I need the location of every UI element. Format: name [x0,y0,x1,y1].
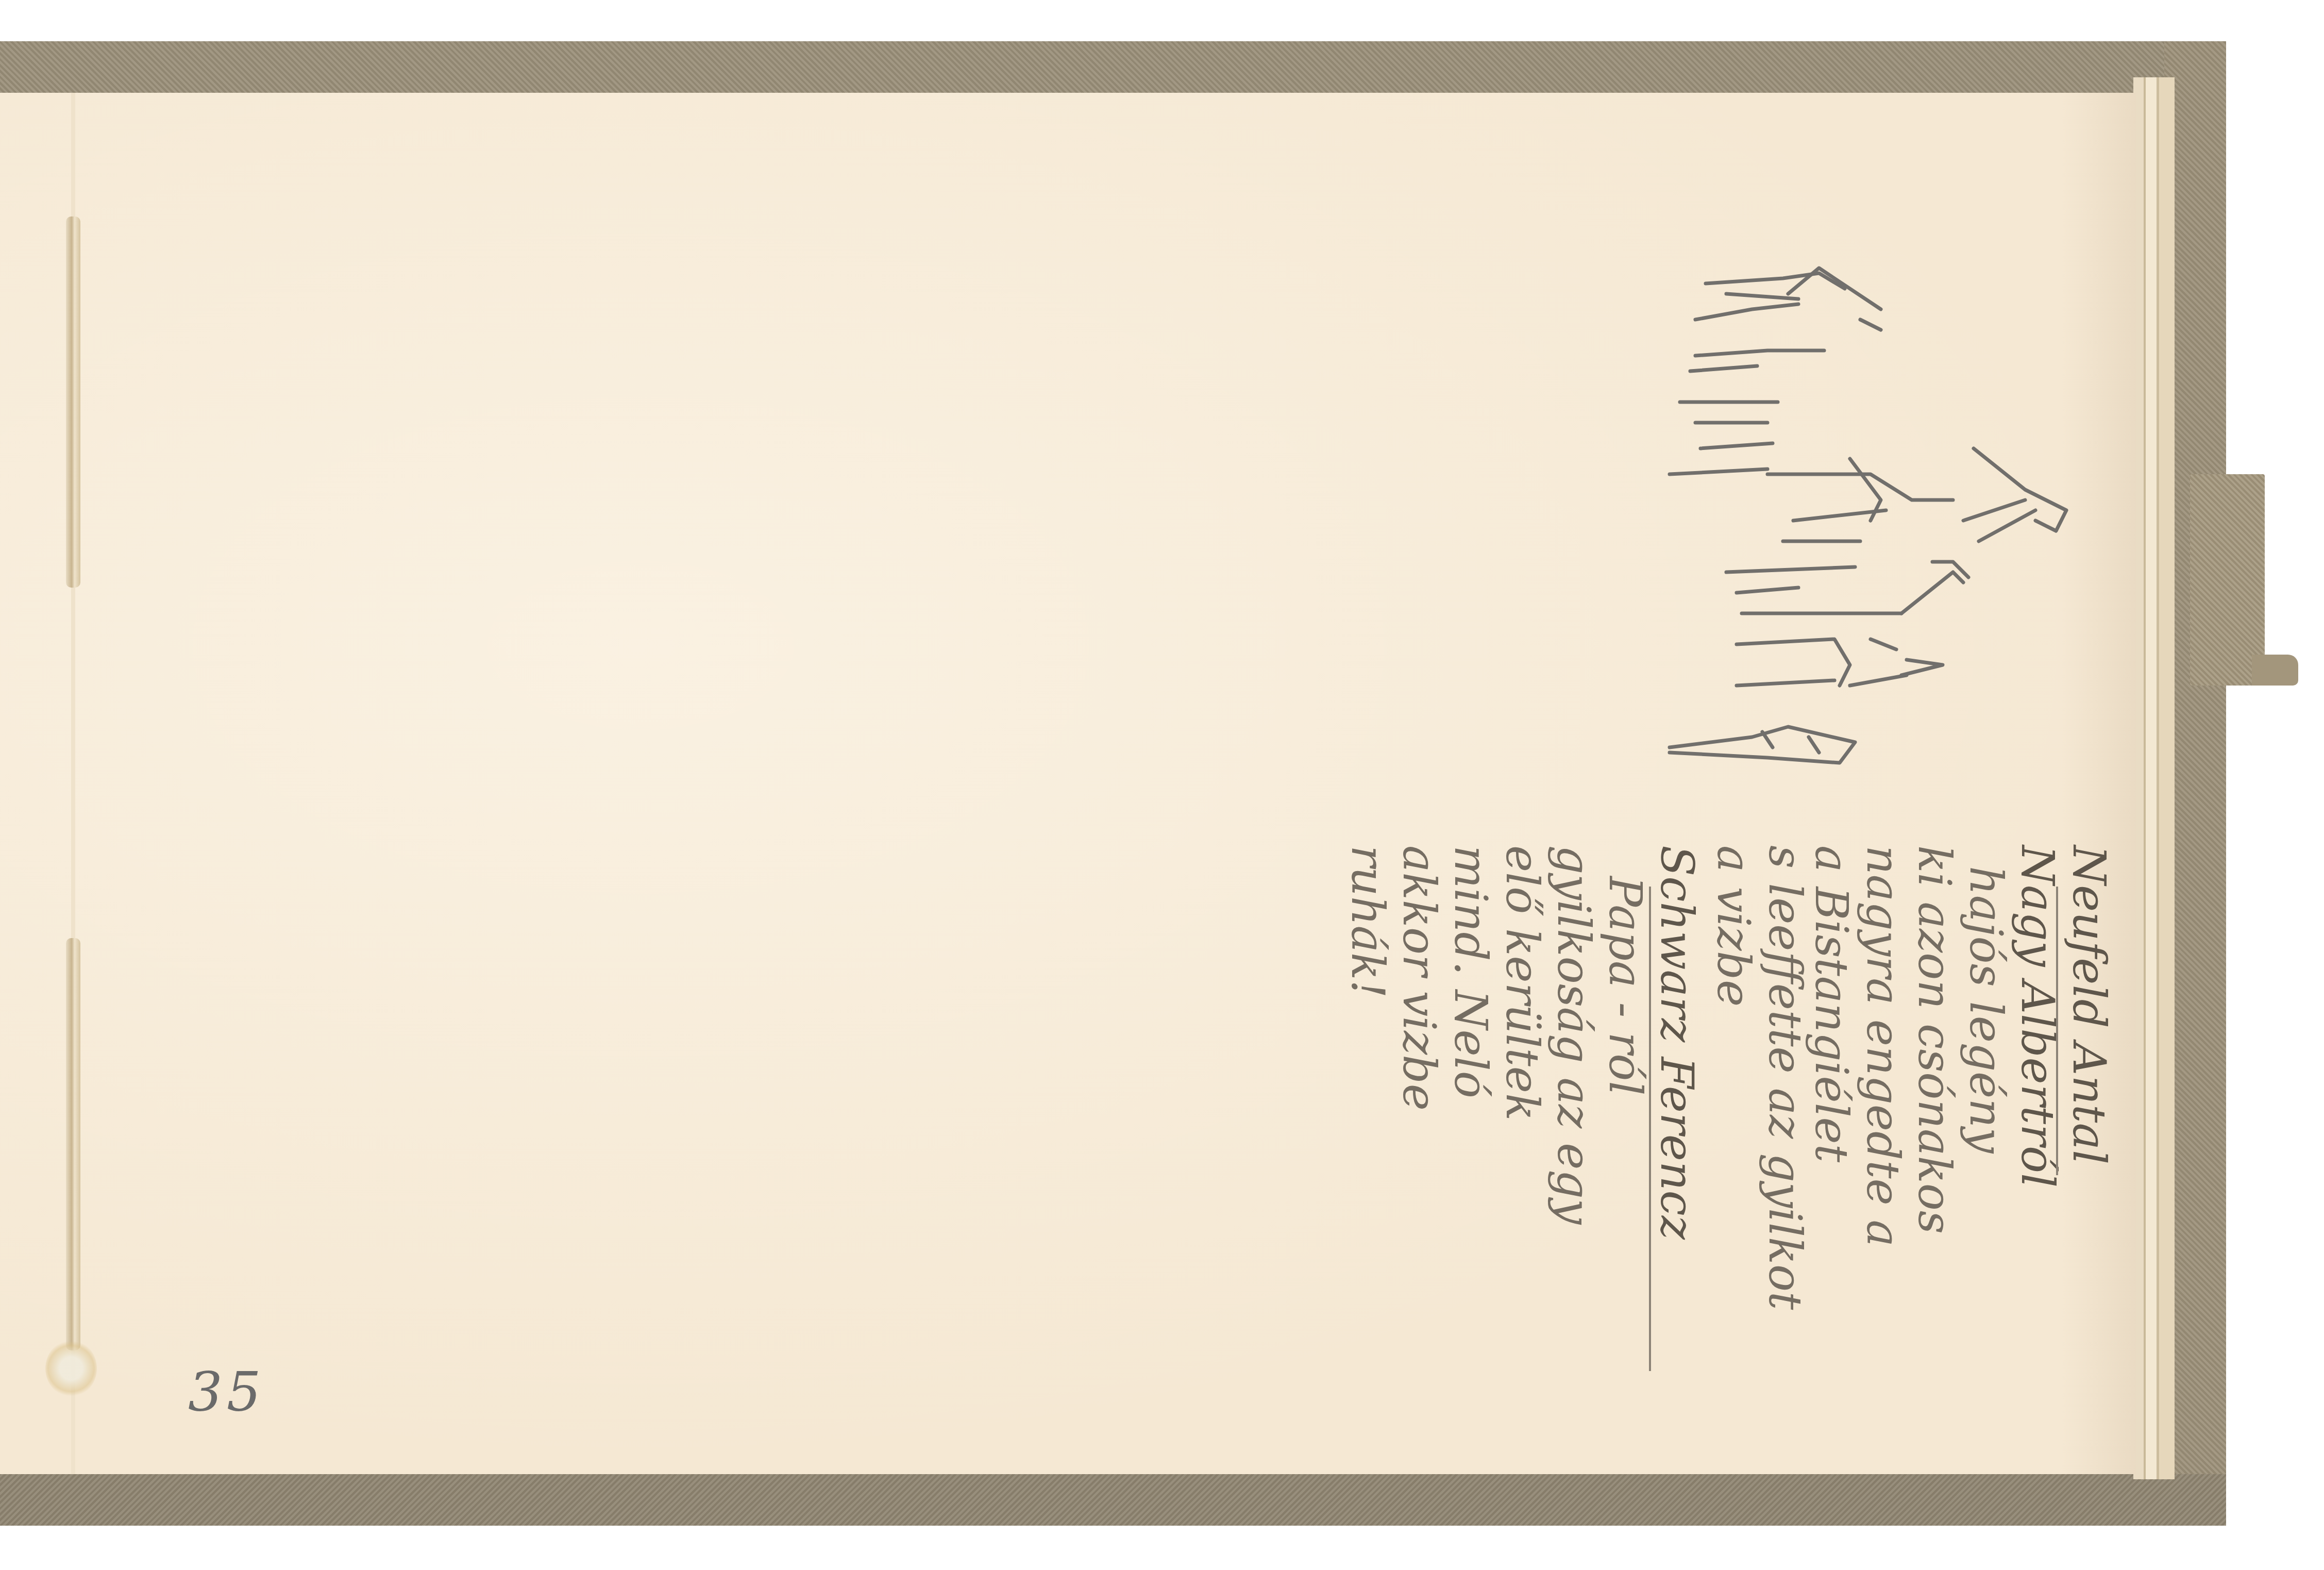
pencil-sketch-figures [1664,253,2097,830]
handwriting-line: ki azon csónakos [1912,845,1957,1234]
cloth-cover-bottom-edge [0,1474,2226,1526]
handwriting-line: akkor vizbe [1396,845,1442,1111]
handwriting-line: Neufeld Antal [2066,845,2112,1164]
handwriting-line: a vizbe [1711,845,1756,1007]
handwriting-line: Nagy Albertról [2015,845,2060,1188]
handwriting-line: ruhák! [1345,845,1390,998]
underline-rule [2056,887,2058,1175]
page-number: 35 [188,1361,265,1424]
cloth-closure-strap [2190,474,2265,686]
handwriting-line: Papa - ról [1603,876,1648,1095]
handwriting-line: mind. Neló [1448,845,1493,1098]
strap-frayed-end [2252,655,2298,686]
handwritten-notes: Neufeld Antal Nagy Albertról hajós legén… [1201,845,2128,1454]
handwriting-line: hajós legény [1963,866,2009,1154]
cloth-cover-top-edge [0,41,2221,93]
handwriting-line: a Bistangiélet [1809,845,1854,1162]
binding-stitch-lower [66,938,80,1350]
page-block-edges [2133,77,2175,1479]
handwriting-line: gyilkoság az egy [1551,845,1596,1225]
handwriting-line: elő kerültek [1500,845,1545,1121]
handwriting-line: s leeffette az gyilkot [1762,845,1808,1310]
binding-stitch-upper [66,216,80,588]
foxing-stain [45,1340,97,1397]
handwriting-line: Schwarz Ferencz [1654,845,1699,1240]
handwriting-line: nagyra engedte a [1860,845,1906,1247]
